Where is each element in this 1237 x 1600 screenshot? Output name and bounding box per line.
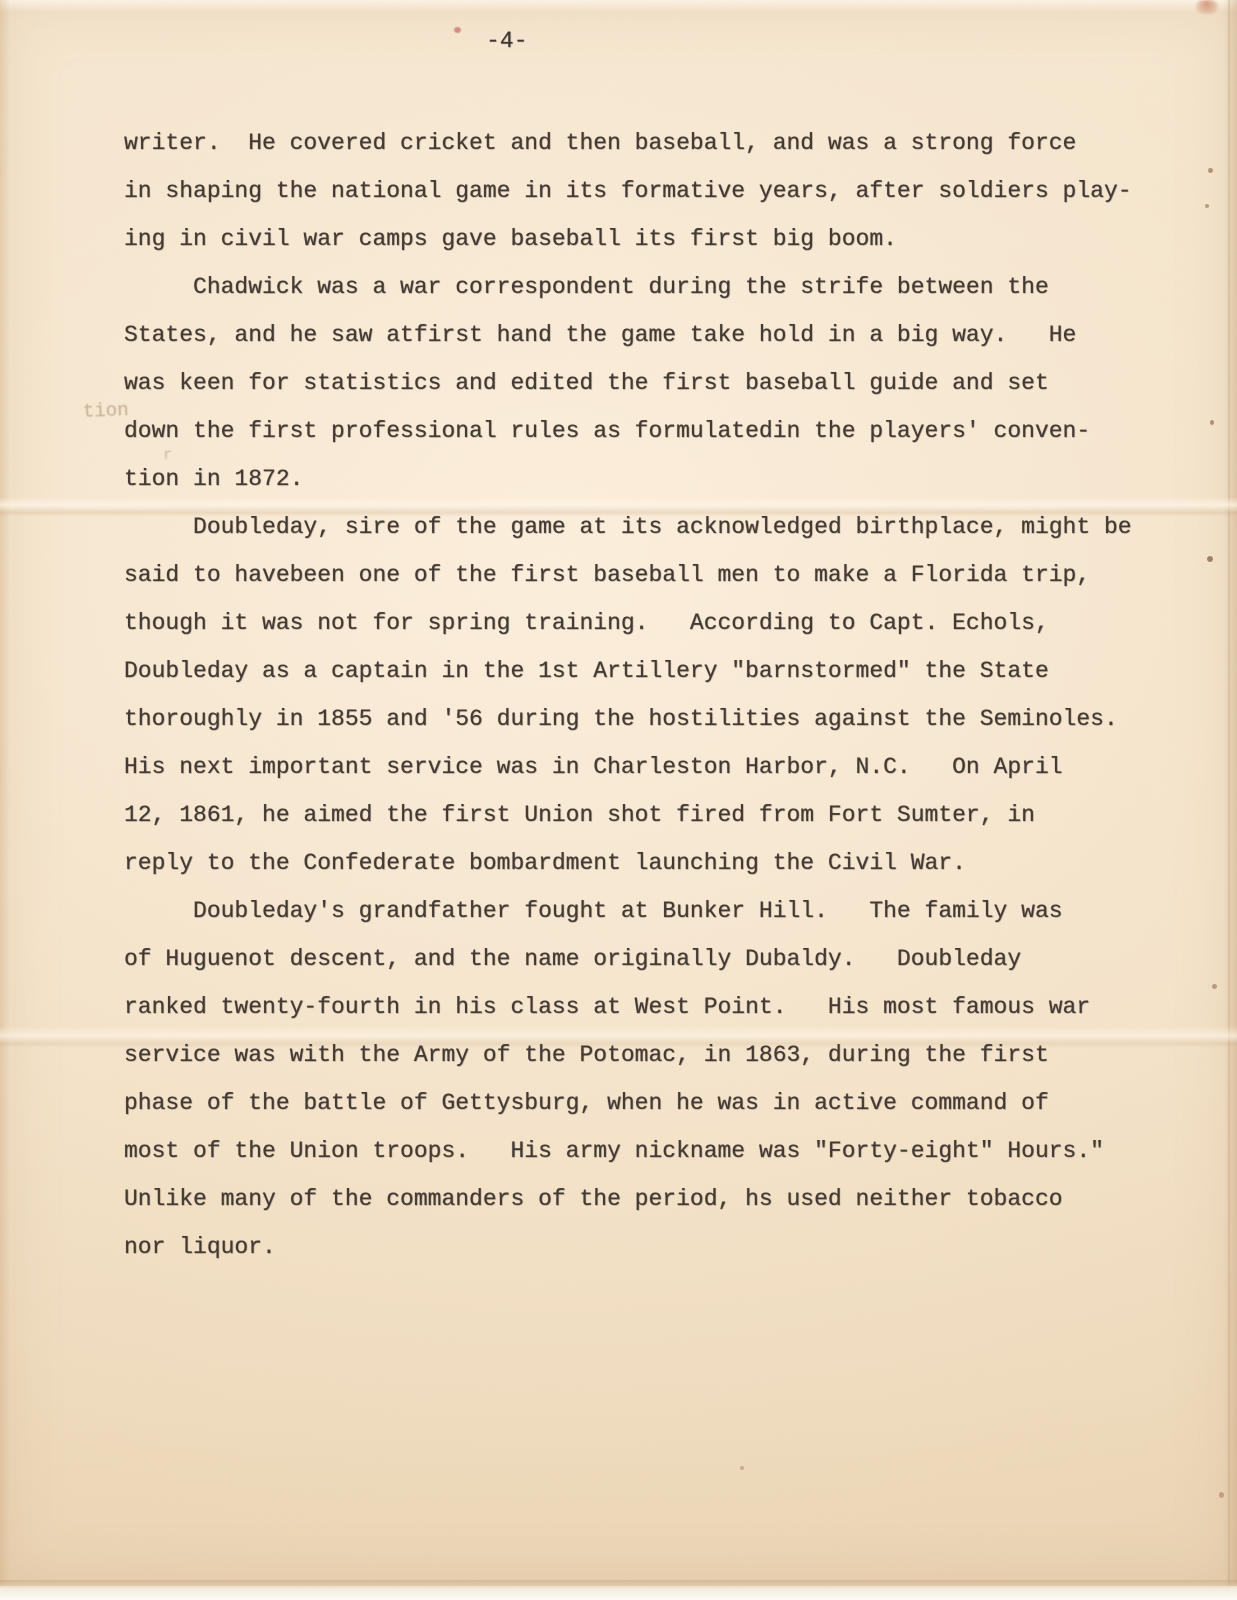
text-line: His next important service was in Charle… (124, 743, 1184, 791)
scanner-background-strip (0, 1588, 1237, 1600)
foxing-spot (1208, 168, 1213, 173)
page-left-edge (0, 0, 10, 1586)
text-line: Doubleday, sire of the game at its ackno… (124, 503, 1184, 551)
page-bottom-edge (0, 1580, 1237, 1588)
page-top-edge (0, 0, 1237, 12)
text-line: tion in 1872. (124, 455, 1184, 503)
text-line: down the first professional rules as for… (124, 407, 1184, 455)
text-line: Unlike many of the commanders of the per… (124, 1175, 1184, 1223)
page-right-edge (1223, 0, 1237, 1586)
text-line: said to havebeen one of the first baseba… (124, 551, 1184, 599)
text-line: ranked twenty-fourth in his class at Wes… (124, 983, 1184, 1031)
foxing-spot (1207, 556, 1213, 562)
page-number: -4- (486, 26, 527, 56)
foxing-spot (1210, 420, 1214, 425)
scanned-document: { "page": { "page_number": "-4-", "lines… (0, 0, 1237, 1600)
text-line: service was with the Army of the Potomac… (124, 1031, 1184, 1079)
text-line: ing in civil war camps gave baseball its… (124, 215, 1184, 263)
text-line: in shaping the national game in its form… (124, 167, 1184, 215)
offset-print-ghost-text: tion (83, 399, 129, 423)
foxing-spot (1205, 204, 1209, 208)
text-line: States, and he saw atfirst hand the game… (124, 311, 1184, 359)
text-line: was keen for statistics and edited the f… (124, 359, 1184, 407)
text-line: Doubleday as a captain in the 1st Artill… (124, 647, 1184, 695)
text-line: writer. He covered cricket and then base… (124, 119, 1184, 167)
text-line: 12, 1861, he aimed the first Union shot … (124, 791, 1184, 839)
typewritten-text-block: writer. He covered cricket and then base… (124, 119, 1184, 1271)
text-line: phase of the battle of Gettysburg, when … (124, 1079, 1184, 1127)
foxing-spot (1219, 1492, 1224, 1498)
text-line: thoroughly in 1855 and '56 during the ho… (124, 695, 1184, 743)
pink-ink-speck (454, 27, 461, 33)
text-line: Chadwick was a war correspondent during … (124, 263, 1184, 311)
text-line: reply to the Confederate bombardment lau… (124, 839, 1184, 887)
document-page: -4- writer. He covered cricket and then … (0, 0, 1237, 1586)
text-line: most of the Union troops. His army nickn… (124, 1127, 1184, 1175)
offset-print-ghost-mark: r (163, 446, 173, 464)
text-line: Doubleday's grandfather fought at Bunker… (124, 887, 1184, 935)
reddish-smudge (1196, 0, 1218, 14)
foxing-spot (740, 1466, 744, 1470)
right-fold-line (1228, 0, 1230, 1586)
text-line: though it was not for spring training. A… (124, 599, 1184, 647)
text-line: nor liquor. (124, 1223, 1184, 1271)
foxing-spot (1212, 984, 1217, 989)
text-line: of Huguenot descent, and the name origin… (124, 935, 1184, 983)
